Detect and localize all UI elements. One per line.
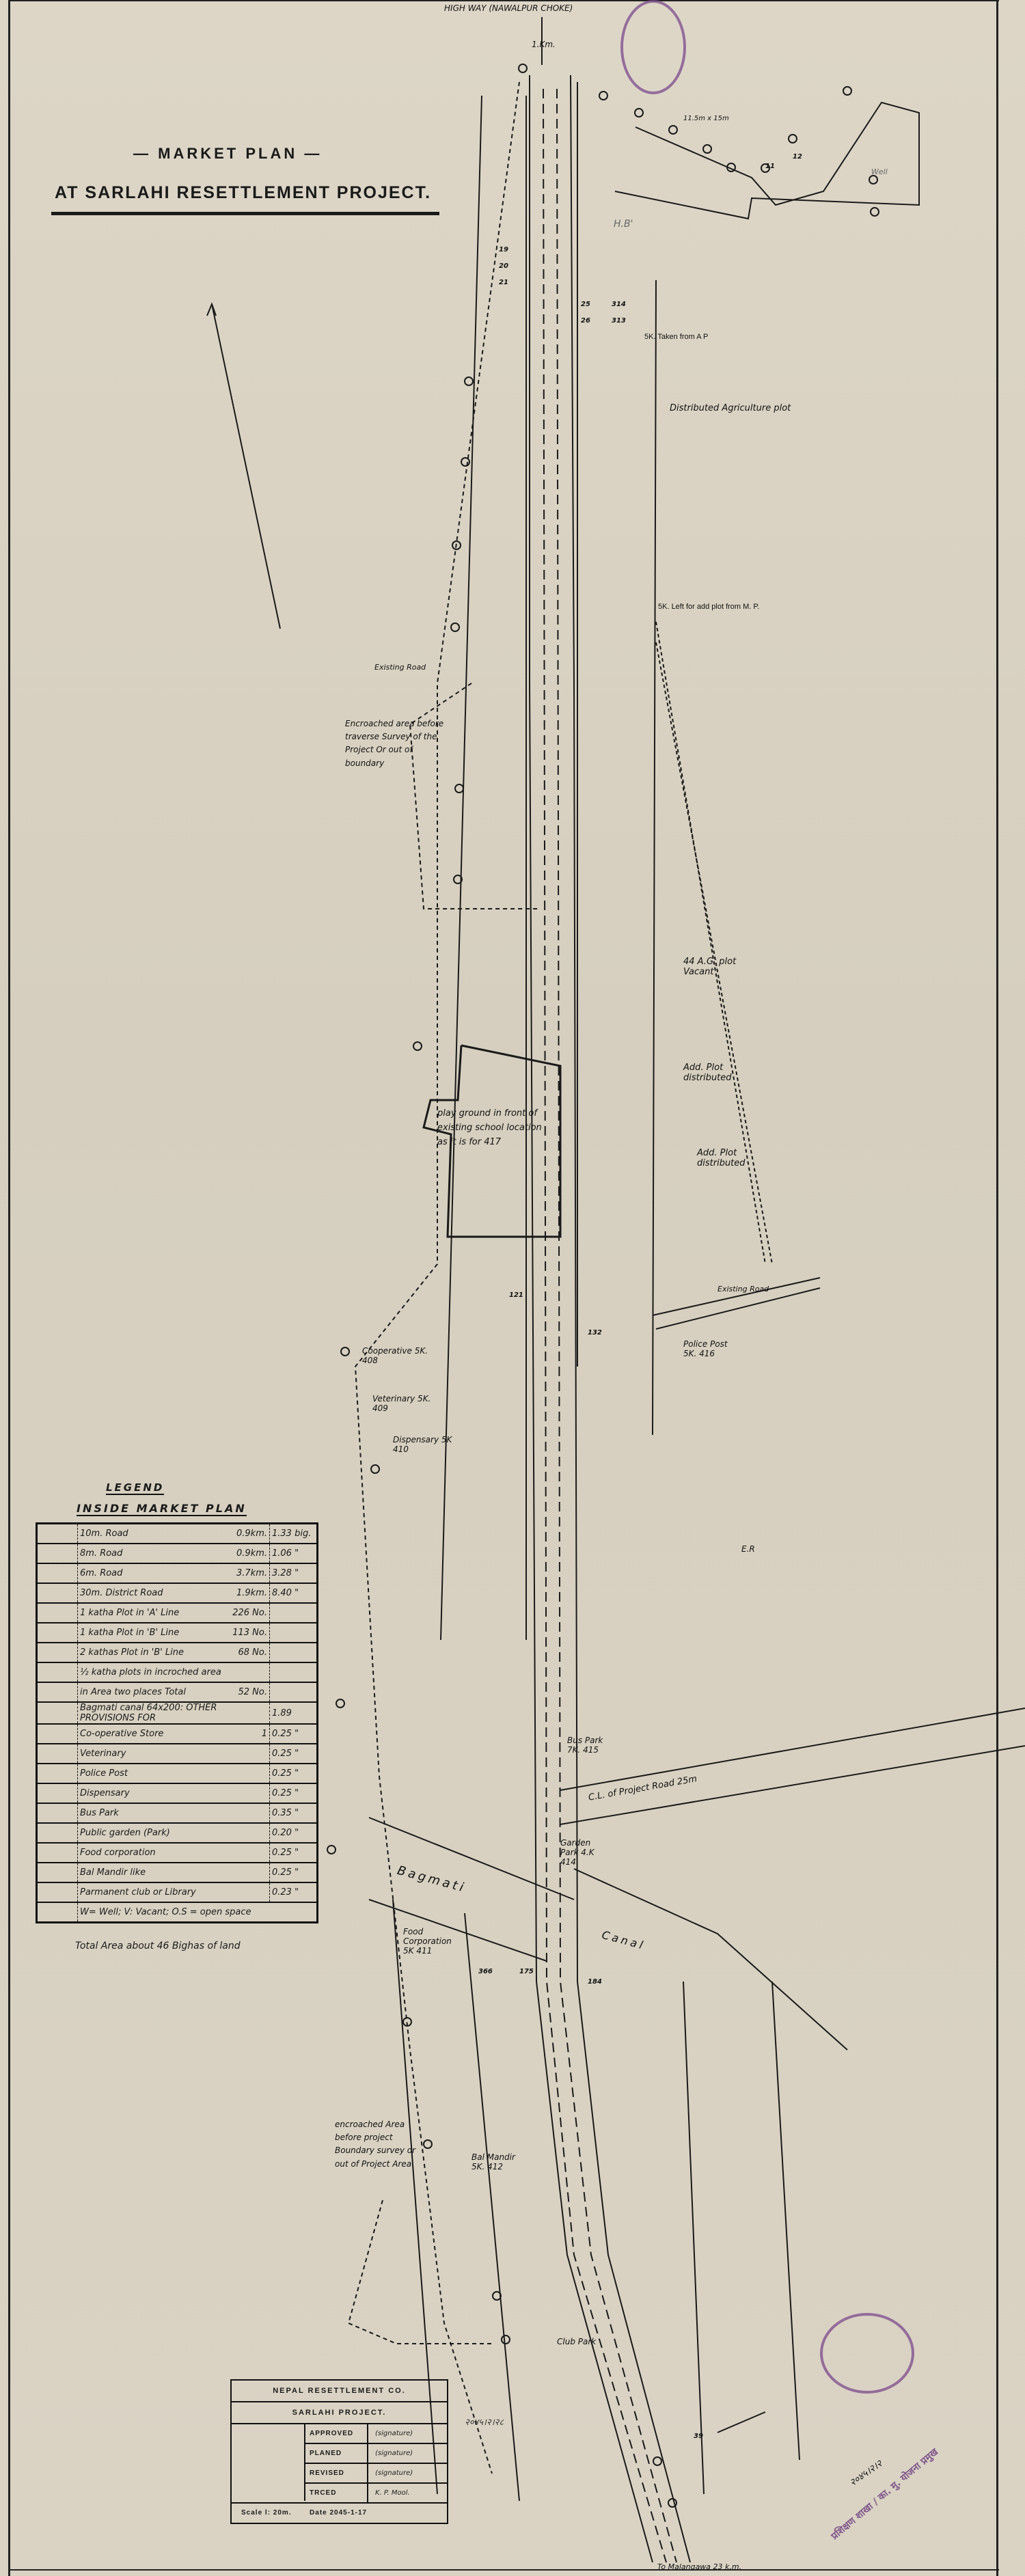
legend-area	[270, 1662, 318, 1682]
tb-label: PLANED	[305, 2444, 368, 2463]
legend-label: Dispensary	[78, 1783, 225, 1803]
scale-label: Scale l: 20m.	[241, 2509, 292, 2517]
distributed-agriculture-label: Distributed Agriculture plot	[670, 403, 793, 413]
title-block-row-revised: REVISED(signature)	[305, 2464, 447, 2484]
bal-mandir-label: Bal Mandir 5K. 412	[471, 2152, 519, 2171]
legend-qty: 52 No.	[224, 1682, 270, 1702]
plot-number: 132	[588, 1329, 602, 1337]
legend-label: 1 katha Plot in 'A' Line	[78, 1603, 225, 1623]
legend-area: 0.25 "	[270, 1843, 318, 1863]
add-plot-label-1: Add. Plot distributed	[683, 1063, 752, 1083]
legend-row: Food corporation0.25 "	[37, 1843, 318, 1863]
legend-row: Parmanent club or Library0.23 "	[37, 1882, 318, 1902]
legend-table: 10m. Road0.9km.1.33 big. 8m. Road0.9km.1…	[36, 1522, 318, 1923]
legend-qty	[224, 1843, 270, 1863]
veterinary-label: Veterinary 5K. 409	[372, 1394, 434, 1413]
plot-number: 11	[765, 163, 775, 170]
cooperative-label: Cooperative 5K. 408	[362, 1346, 430, 1365]
legend-label: W= Well; V: Vacant; O.S = open space	[78, 1902, 318, 1923]
highway-label: HIGH WAY (NAWALPUR CHOKE)	[444, 3, 573, 13]
plot-number: 25	[581, 301, 590, 308]
bus-park-label: Bus Park 7K. 415	[567, 1736, 615, 1755]
legend-qty	[224, 1744, 270, 1764]
plot-number: 21	[499, 279, 508, 286]
legend-total-area: Total Area about 46 Bighas of land	[75, 1941, 241, 1951]
legend-label: Bal Mandir like	[78, 1863, 225, 1882]
plot-number: 175	[519, 1968, 534, 1975]
plot-number: 12	[793, 153, 802, 161]
legend-qty: 68 No.	[224, 1643, 270, 1662]
er-label: E.R	[741, 1544, 755, 1554]
legend-area: 0.25 "	[270, 1783, 318, 1803]
left-for-add-plot-note: 5K. Left for add plot from M. P.	[658, 603, 759, 611]
legend-row: 10m. Road0.9km.1.33 big.	[37, 1524, 318, 1544]
legend-row: Bagmati canal 64x200: OTHER PROVISIONS F…	[37, 1702, 318, 1724]
title-block-row-planed: PLANED(signature)	[305, 2444, 447, 2464]
title-block-row-traced: TRCEDK. P. Mool.	[305, 2484, 447, 2502]
legend-area: 1.33 big.	[270, 1524, 318, 1544]
legend-qty: 226 No.	[224, 1603, 270, 1623]
legend-area: 8.40 "	[270, 1583, 318, 1603]
encroached-area-bottom-label: encroached Area before project Boundary …	[335, 2118, 424, 2171]
legend-area	[270, 1623, 318, 1643]
existing-road-top-label: Existing Road	[374, 663, 426, 672]
map-linework	[0, 0, 1025, 2576]
plot-number: 184	[588, 1978, 602, 1986]
date-label: Date 2045-1-17	[310, 2509, 367, 2517]
map-subtitle: AT SARLAHI RESETTLEMENT PROJECT.	[55, 183, 431, 203]
legend-area: 0.25 "	[270, 1724, 318, 1744]
police-post-label: Police Post 5K. 416	[683, 1339, 731, 1358]
legend-qty	[224, 1783, 270, 1803]
legend-qty	[224, 1863, 270, 1882]
legend-row: Dispensary0.25 "	[37, 1783, 318, 1803]
legend-label: Public garden (Park)	[78, 1823, 225, 1843]
plot-number: 19	[499, 246, 508, 254]
legend-row: Public garden (Park)0.20 "	[37, 1823, 318, 1843]
encroached-area-top-label: Encroached area before traverse Survey o…	[345, 717, 448, 770]
legend-label: 2 kathas Plot in 'B' Line	[78, 1643, 225, 1662]
legend-area: 3.28 "	[270, 1563, 318, 1583]
legend-area: 0.35 "	[270, 1803, 318, 1823]
map-title: — MARKET PLAN —	[133, 145, 322, 163]
tb-label: REVISED	[305, 2464, 368, 2482]
legend-area: 1.06 "	[270, 1544, 318, 1563]
tb-value: (signature)	[368, 2464, 447, 2482]
distance-top-label: 1.Km.	[532, 40, 556, 49]
legend-label: 6m. Road	[78, 1563, 225, 1583]
legend-label: Parmanent club or Library	[78, 1882, 225, 1902]
taken-from-ap-note: 5K. Taken from A P	[644, 333, 708, 341]
legend-label: Bus Park	[78, 1803, 225, 1823]
title-block-row-approved: APPROVED(signature)	[305, 2424, 447, 2444]
legend-area: 1.89	[270, 1702, 318, 1724]
legend-area: 0.23 "	[270, 1882, 318, 1902]
legend-qty: 1.9km.	[224, 1583, 270, 1603]
legend-label: Co-operative Store	[78, 1724, 225, 1744]
title-block-blank	[232, 2424, 305, 2501]
legend-row: in Area two places Total52 No.	[37, 1682, 318, 1702]
tb-value: (signature)	[368, 2424, 447, 2443]
club-park-label: Club Park	[557, 2337, 598, 2346]
plot-number: 366	[478, 1968, 493, 1975]
legend-label: 1 katha Plot in 'B' Line	[78, 1623, 225, 1643]
title-block: NEPAL RESETTLEMENT CO. SARLAHI PROJECT. …	[230, 2379, 448, 2524]
legend-row: W= Well; V: Vacant; O.S = open space	[37, 1902, 318, 1923]
legend-area: 0.25 "	[270, 1863, 318, 1882]
legend-qty	[224, 1882, 270, 1902]
tb-value: (signature)	[368, 2444, 447, 2463]
official-stamp-bottom	[820, 2313, 914, 2394]
legend-area: 0.25 "	[270, 1764, 318, 1783]
title-block-company: NEPAL RESETTLEMENT CO.	[232, 2381, 447, 2402]
legend-area	[270, 1603, 318, 1623]
legend-area: 0.20 "	[270, 1823, 318, 1843]
legend-label: Police Post	[78, 1764, 225, 1783]
add-plot-label-2: Add. Plot distributed	[697, 1148, 765, 1168]
legend-qty	[224, 1764, 270, 1783]
dispensary-label: Dispensary 5K 410	[393, 1435, 454, 1454]
legend-qty	[224, 1662, 270, 1682]
legend-area	[270, 1682, 318, 1702]
legend-qty: 1	[224, 1724, 270, 1744]
title-block-footer: Scale l: 20m. Date 2045-1-17	[232, 2504, 447, 2523]
well-label: Well	[871, 167, 888, 176]
plot-number: 20	[499, 262, 508, 270]
tb-value: K. P. Mool.	[368, 2484, 447, 2502]
legend-label: Bagmati canal 64x200: OTHER PROVISIONS F…	[78, 1702, 225, 1724]
existing-road-mid-label: Existing Road	[717, 1285, 769, 1293]
tb-label: TRCED	[305, 2484, 368, 2502]
legend-row: 8m. Road0.9km.1.06 "	[37, 1544, 318, 1563]
legend-qty	[224, 1823, 270, 1843]
legend-row: Bus Park0.35 "	[37, 1803, 318, 1823]
north-arrow-icon	[212, 304, 280, 629]
plot-number: 121	[509, 1291, 523, 1299]
official-stamp-top	[620, 0, 686, 94]
legend-label: ½ katha plots in incroched area	[78, 1662, 225, 1682]
playground-label: play ground in front of existing school …	[437, 1107, 547, 1149]
legend-qty	[224, 1803, 270, 1823]
tb-label: APPROVED	[305, 2424, 368, 2443]
plot-number: 26	[581, 317, 590, 325]
legend-qty: 0.9km.	[224, 1544, 270, 1563]
garden-park-label: Garden Park 4.K 414	[560, 1838, 601, 1867]
hb-label: H.B'	[614, 219, 633, 230]
legend-row: ½ katha plots in incroched area	[37, 1662, 318, 1682]
handwritten-note-date: २०४५।२।२८	[465, 2415, 504, 2428]
subtitle-underline	[51, 212, 439, 215]
legend-label: Food corporation	[78, 1843, 225, 1863]
legend-row: Police Post0.25 "	[37, 1764, 318, 1783]
legend-qty: 0.9km.	[224, 1524, 270, 1544]
legend-area	[270, 1643, 318, 1662]
plot-number: 39	[694, 2433, 703, 2440]
legend-qty	[224, 1702, 270, 1724]
food-corporation-label: Food Corporation 5K 411	[403, 1927, 451, 1956]
plot-size-note: 11.5m x 15m	[683, 115, 729, 122]
legend-row: 2 kathas Plot in 'B' Line68 No.	[37, 1643, 318, 1662]
legend-row: Veterinary0.25 "	[37, 1744, 318, 1764]
legend-qty: 113 No.	[224, 1623, 270, 1643]
legend-area: 0.25 "	[270, 1744, 318, 1764]
plot-number: 313	[612, 317, 626, 325]
legend-row: Bal Mandir like0.25 "	[37, 1863, 318, 1882]
legend-label: in Area two places Total	[78, 1682, 225, 1702]
legend-row: 6m. Road3.7km.3.28 "	[37, 1563, 318, 1583]
legend-row: 1 katha Plot in 'B' Line113 No.	[37, 1623, 318, 1643]
legend-label: 30m. District Road	[78, 1583, 225, 1603]
legend-label: Veterinary	[78, 1744, 225, 1764]
legend-label: 10m. Road	[78, 1524, 225, 1544]
plot-number: 314	[612, 301, 626, 308]
title-block-project: SARLAHI PROJECT.	[232, 2402, 447, 2424]
legend-label: 8m. Road	[78, 1544, 225, 1563]
legend-subheading: INSIDE MARKET PLAN	[77, 1502, 247, 1516]
legend-row: 30m. District Road1.9km.8.40 "	[37, 1583, 318, 1603]
to-malangawa-label: To Malangawa 23 k.m.	[657, 2562, 741, 2571]
legend-row: 1 katha Plot in 'A' Line226 No.	[37, 1603, 318, 1623]
legend-qty: 3.7km.	[224, 1563, 270, 1583]
ag-plot-vacant-label: 44 A.G. plot Vacant	[683, 957, 745, 977]
legend-heading: LEGEND	[106, 1481, 164, 1495]
legend-row: Co-operative Store10.25 "	[37, 1724, 318, 1744]
